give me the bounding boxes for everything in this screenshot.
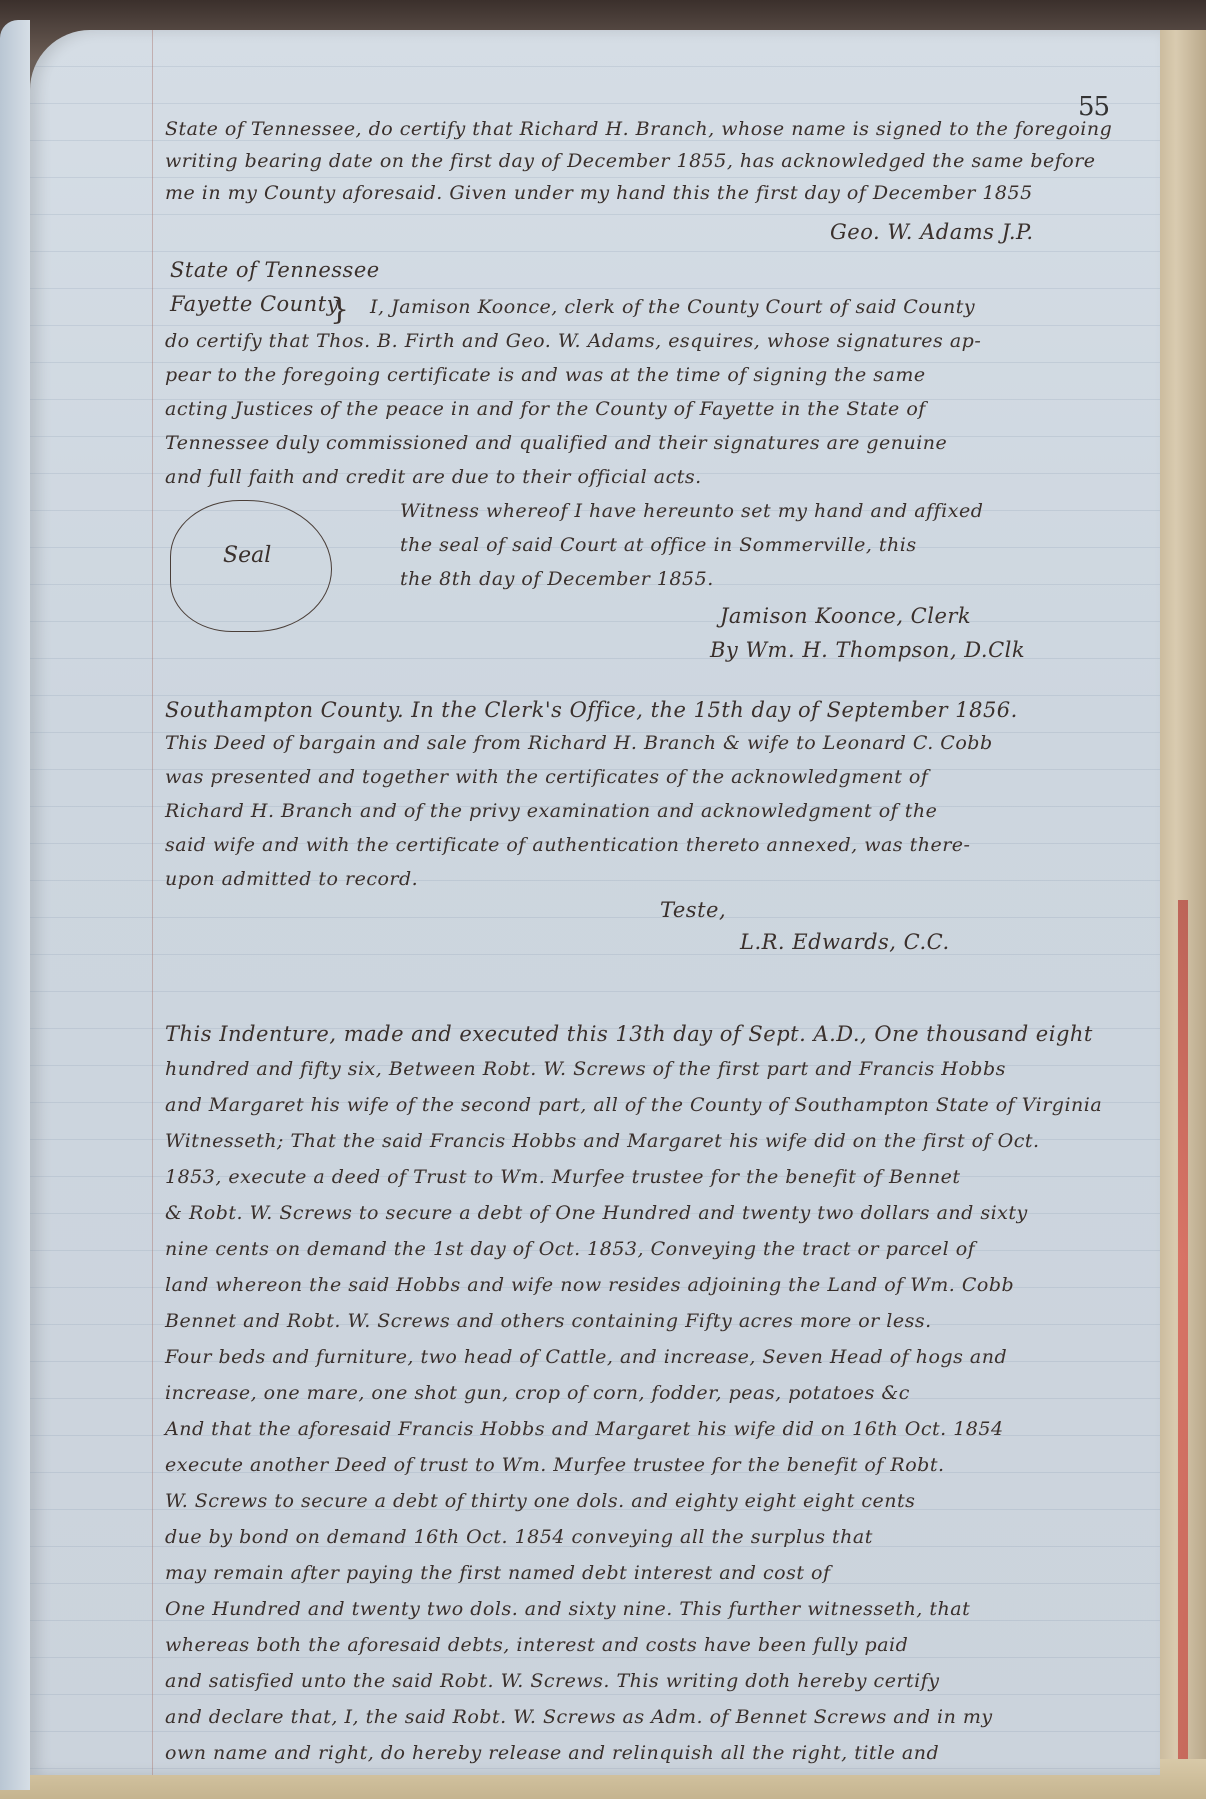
witness-line: Witness whereof I have hereunto set my h… xyxy=(400,500,983,522)
text-line: Bennet and Robt. W. Screws and others co… xyxy=(165,1310,1155,1332)
signature-edwards: L.R. Edwards, C.C. xyxy=(740,930,950,954)
text-line: pear to the foregoing certificate is and… xyxy=(165,364,1155,386)
text-line: 1853, execute a deed of Trust to Wm. Mur… xyxy=(165,1166,1155,1188)
ledger-page: 55 State of Tennessee, do certify that R… xyxy=(30,30,1160,1775)
witness-line: the seal of said Court at office in Somm… xyxy=(400,534,917,556)
text-line: do certify that Thos. B. Firth and Geo. … xyxy=(165,330,1155,352)
text-line: nine cents on demand the 1st day of Oct.… xyxy=(165,1238,1155,1260)
text-line: And that the aforesaid Francis Hobbs and… xyxy=(165,1418,1155,1440)
text-line: Tennessee duly commissioned and qualifie… xyxy=(165,432,1155,454)
text-line: and declare that, I, the said Robt. W. S… xyxy=(165,1706,1155,1728)
heading-county: Fayette County xyxy=(170,292,339,316)
text-line: land whereon the said Hobbs and wife now… xyxy=(165,1274,1155,1296)
text-line: execute another Deed of trust to Wm. Mur… xyxy=(165,1454,1155,1476)
margin-rule xyxy=(152,30,153,1775)
brace-icon: } xyxy=(330,292,350,327)
text-line: said wife and with the certificate of au… xyxy=(165,834,1155,856)
text-line: This Indenture, made and executed this 1… xyxy=(165,1022,1155,1046)
text-line: and full faith and credit are due to the… xyxy=(165,466,1155,488)
text-line: This Deed of bargain and sale from Richa… xyxy=(165,732,1155,754)
facing-page-edge xyxy=(0,20,30,1790)
text-line: increase, one mare, one shot gun, crop o… xyxy=(165,1382,1155,1404)
teste-label: Teste, xyxy=(660,898,726,922)
text-line: Witnesseth; That the said Francis Hobbs … xyxy=(165,1130,1155,1152)
text-line: whereas both the aforesaid debts, intere… xyxy=(165,1634,1155,1656)
text-line: W. Screws to secure a debt of thirty one… xyxy=(165,1490,1155,1512)
text-line: and Margaret his wife of the second part… xyxy=(165,1094,1155,1116)
text-line: Southampton County. In the Clerk's Offic… xyxy=(165,698,1155,722)
text-line: Richard H. Branch and of the privy exami… xyxy=(165,800,1155,822)
text-line: may remain after paying the first named … xyxy=(165,1562,1155,1584)
witness-line: the 8th day of December 1855. xyxy=(400,568,714,590)
text-line: was presented and together with the cert… xyxy=(165,766,1155,788)
seal-label: Seal xyxy=(223,543,271,568)
text-line: writing bearing date on the first day of… xyxy=(165,150,1155,172)
signature-koonce: Jamison Koonce, Clerk xyxy=(720,604,971,628)
signature-adams: Geo. W. Adams J.P. xyxy=(830,220,1034,244)
text-line: me in my County aforesaid. Given under m… xyxy=(165,182,1155,204)
text-line: hundred and fifty six, Between Robt. W. … xyxy=(165,1058,1155,1080)
text-line: & Robt. W. Screws to secure a debt of On… xyxy=(165,1202,1155,1224)
text-line: own name and right, do hereby release an… xyxy=(165,1742,1155,1764)
text-line: I, Jamison Koonce, clerk of the County C… xyxy=(370,296,975,318)
text-line: upon admitted to record. xyxy=(165,868,1155,890)
text-line: One Hundred and twenty two dols. and six… xyxy=(165,1598,1155,1620)
text-line: acting Justices of the peace in and for … xyxy=(165,398,1155,420)
text-line: due by bond on demand 16th Oct. 1854 con… xyxy=(165,1526,1155,1548)
book-spine-red-binding xyxy=(1178,900,1188,1790)
signature-thompson: By Wm. H. Thompson, D.Clk xyxy=(710,638,1025,662)
heading-state: State of Tennessee xyxy=(170,258,380,282)
text-line: State of Tennessee, do certify that Rich… xyxy=(165,118,1155,140)
text-line: Four beds and furniture, two head of Cat… xyxy=(165,1346,1155,1368)
seal-icon: Seal xyxy=(170,500,332,632)
text-line: and satisfied unto the said Robt. W. Scr… xyxy=(165,1670,1155,1692)
